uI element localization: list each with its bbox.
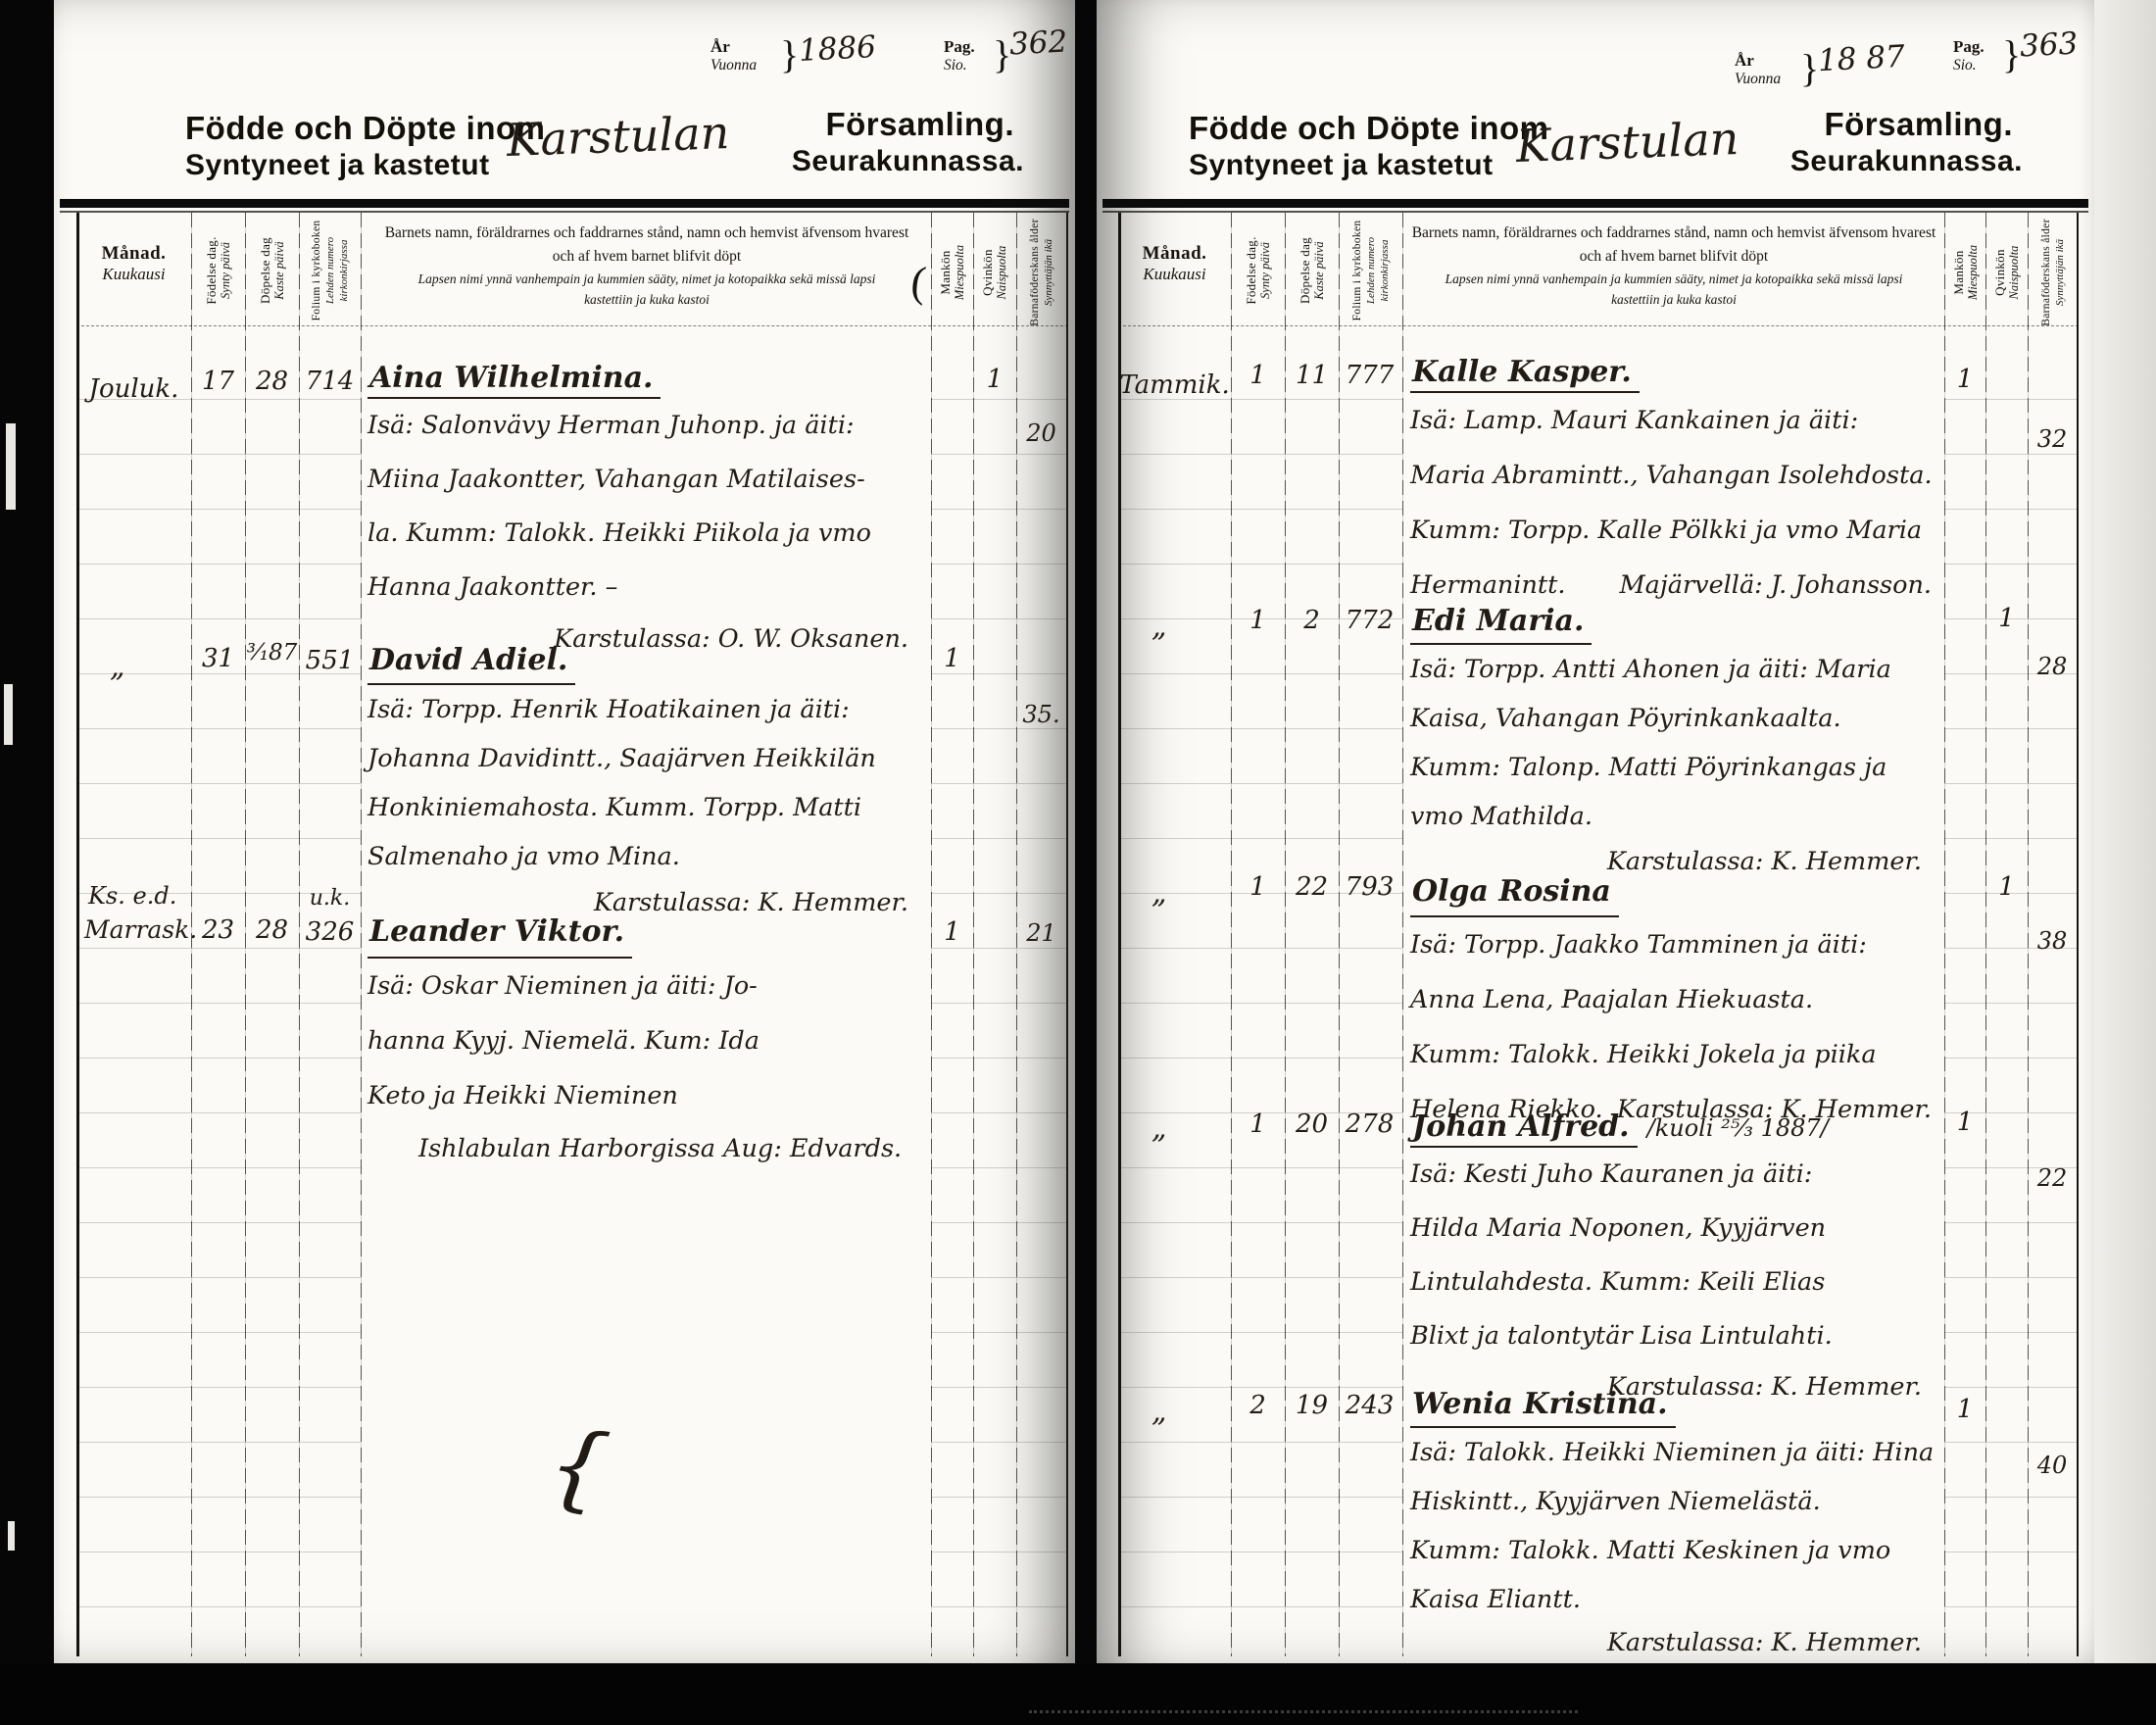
mother-age: 38 <box>2028 927 2077 955</box>
record-line: Isä: Kesti Juho Kauranen ja äiti: <box>1410 1148 1937 1202</box>
record-line: Anna Lena, Paajalan Hiekuasta. <box>1410 972 1937 1027</box>
record-line: Lintulahdesta. Kumm: Keili Elias <box>1410 1256 1937 1309</box>
entry-body: Isä: Talokk. Heikki Nieminen ja äiti: Hi… <box>1410 1428 1937 1624</box>
main-header-fi1: Lapsen nimi ynnä vanhempain ja kummien s… <box>1408 269 1939 289</box>
entry-folio: 793 <box>1339 872 1400 902</box>
record-line: Isä: Lamp. Mauri Kankainen ja äiti: <box>1410 393 1937 448</box>
male-header-fi: Miespuolta <box>1966 245 1980 300</box>
entry-text: Kalle Kasper. Isä: Lamp. Mauri Kankainen… <box>1410 343 1937 613</box>
record-line: Maria Abramintt., Vahangan Isolehdosta. <box>1410 448 1937 503</box>
entry-folio: 777 <box>1339 361 1400 390</box>
mother-age: 32 <box>2028 425 2077 453</box>
female-header-fi: Naispuolta <box>995 246 1008 300</box>
record-line: hanna Kyyj. Niemelä. Kum: Ida <box>367 1013 924 1068</box>
record-line: Isä: Torpp. Henrik Hoatikainen ja äiti: <box>367 685 924 734</box>
male-header-sv: Mankön <box>1952 250 1966 294</box>
month-header-sv: Månad. <box>76 243 191 265</box>
entry-birth-day: 2 <box>1231 1391 1285 1420</box>
child-name: Leander Viktor. <box>367 910 632 959</box>
month-header-fi: Kuukausi <box>76 265 191 284</box>
record-line: Isä: Torpp. Jaakko Tamminen ja äiti: <box>1410 917 1937 972</box>
mother-age: 28 <box>2028 653 2077 680</box>
age-header-fi: Synnyttäjän ikä <box>2053 239 2067 306</box>
parish-name-handwritten: Karstulan <box>1515 112 1739 172</box>
entry-month: Tammik. <box>1118 370 1231 400</box>
main-header-fi2: kastettiin ja kuka kastoi <box>367 289 926 310</box>
folio-header-fi1: Lehden numero <box>1364 237 1378 304</box>
birth-header-fi: Synty päivä <box>219 242 232 299</box>
female-header-sv: Qvinkön <box>981 249 995 296</box>
mother-age: 21 <box>1016 919 1066 947</box>
year-label-sv: År <box>1735 51 1781 70</box>
female-mark: 1 <box>1985 872 2028 902</box>
entry-birth-day: 17 <box>191 367 245 396</box>
entry-baptism-day: 28 <box>245 915 299 945</box>
child-name-row: Leander Viktor. <box>367 882 924 959</box>
record-line: Keto ja Heikki Nieminen <box>367 1068 924 1123</box>
month-header-fi: Kuukausi <box>1118 265 1231 284</box>
scan-noise-dots <box>1029 1710 1578 1713</box>
column-header-month: Månad. Kuukausi <box>76 243 191 284</box>
ink-flourish: { <box>542 1409 615 1524</box>
record-line: Miina Jaakontter, Vahangan Matilaises- <box>367 453 924 507</box>
record-line: Hilda Maria Noponen, Kyyjärven <box>1410 1202 1937 1256</box>
entry-baptism-day: 20 <box>1285 1109 1339 1139</box>
register-scan: År Vuonna } 1886 Pag. Sio. } 362 Födde o… <box>0 0 2156 1725</box>
year-brace: } <box>780 31 799 77</box>
entry-folio-note: u.k. <box>299 886 361 911</box>
male-header-sv: Mankön <box>939 250 953 294</box>
record-line: Kaisa, Vahangan Pöyrinkankaalta. <box>1410 694 1937 743</box>
child-name-row: Olga Rosina <box>1410 861 1937 917</box>
column-line <box>1402 213 1403 1656</box>
male-mark: 1 <box>1944 365 1985 394</box>
bapt-header-fi: Kaste päivä <box>1312 241 1326 299</box>
death-note: /kuoli ²⁵⁄₃ 1887/ <box>1638 1114 1829 1142</box>
header-rule <box>60 199 1069 208</box>
record-line: Kumm: Talonp. Matti Pöyrinkangas ja <box>1410 743 1937 792</box>
child-name: Wenia Kristina. <box>1410 1385 1676 1428</box>
row-guides-right-cols <box>931 345 1066 1656</box>
column-header-baptism-day: Döpelse dag Kaste päivä <box>1287 213 1338 328</box>
main-header-sv2: och af hvem barnet blifvit döpt <box>367 245 926 269</box>
record-line: Salmenaho ja vmo Mina. <box>367 832 924 881</box>
child-name-row: Aina Wilhelmina. <box>367 349 924 399</box>
entry-baptism-day: 28 <box>245 367 299 396</box>
child-name: Kalle Kasper. <box>1410 355 1640 393</box>
scan-speck <box>6 423 16 510</box>
entry-month: Jouluk. <box>76 374 191 404</box>
header-rule <box>1102 199 2088 208</box>
entry-body: Isä: Salonvävy Herman Juhonp. ja äiti: M… <box>367 399 924 615</box>
column-header-female: Qvinkön Naispuolta <box>1982 215 2033 330</box>
main-header-sv1: Barnets namn, föräldrarnes och faddrarne… <box>367 222 926 245</box>
scan-speck <box>4 684 13 745</box>
child-name: Aina Wilhelmina. <box>367 361 661 399</box>
year-brace: } <box>1800 45 1819 91</box>
entry-text: Leander Viktor. Isä: Oskar Nieminen ja ä… <box>367 882 924 1174</box>
record-line: Isä: Torpp. Antti Ahonen ja äiti: Maria <box>1410 645 1937 694</box>
entry-birth-day: 1 <box>1231 872 1285 902</box>
row-guides-left-cols <box>1120 345 1402 1656</box>
record-line: Hanna Jaakontter. – <box>367 561 924 615</box>
page-number-value: 362 <box>1008 24 1068 62</box>
entry-folio: 326 <box>299 917 361 947</box>
entry-text: Wenia Kristina. Isä: Talokk. Heikki Niem… <box>1410 1377 1937 1661</box>
pag-label-fi: Sio. <box>944 56 975 74</box>
right-page: År Vuonna } 18 87 Pag. Sio. } 363 Födde … <box>1097 0 2094 1663</box>
entry-folio: 714 <box>299 367 361 396</box>
record-line: la. Kumm: Talokk. Heikki Piikola ja vmo <box>367 507 924 561</box>
male-mark: 1 <box>1944 1108 1985 1137</box>
record-line: Hiskintt., Kyyjärven Niemelästä. <box>1410 1477 1937 1526</box>
table-border-right <box>1066 213 1068 1656</box>
entry-birth-day: 23 <box>191 915 245 945</box>
child-name: David Adiel. <box>367 640 575 685</box>
page-title-fi: Syntyneet ja kastetut <box>185 149 490 182</box>
month-header-sv: Månad. <box>1118 243 1231 265</box>
year-value: 18 87 <box>1817 39 1906 79</box>
table-border-right <box>2077 213 2079 1656</box>
left-page: År Vuonna } 1886 Pag. Sio. } 362 Födde o… <box>54 0 1075 1663</box>
age-header-sv: Barnaföderskans ålder <box>1028 219 1042 325</box>
child-name: Johan Alfred. <box>1410 1109 1638 1148</box>
column-header-main: Barnets namn, föräldrarnes och faddrarne… <box>1408 222 1939 310</box>
folio-header-fi2: kirkonkirjassa <box>1378 240 1392 302</box>
main-header-fi1: Lapsen nimi ynnä vanhempain ja kummien s… <box>367 269 926 289</box>
main-header-fi2: kastettiin ja kuka kastoi <box>1408 289 1939 310</box>
page-title-right-fi: Seurakunnassa. <box>740 145 1024 178</box>
column-line <box>361 213 362 1656</box>
entry-body: Isä: Lamp. Mauri Kankainen ja äiti: Mari… <box>1410 393 1937 613</box>
page-title-right-fi: Seurakunnassa. <box>1734 145 2023 178</box>
main-header-sv2: och af hvem barnet blifvit döpt <box>1408 245 1939 269</box>
entry-baptism-day: 11 <box>1285 361 1339 390</box>
page-title-sv: Födde och Döpte inom <box>185 110 545 147</box>
main-header-sv1: Barnets namn, föräldrarnes och faddrarne… <box>1408 222 1939 245</box>
column-header-main: Barnets namn, föräldrarnes och faddrarne… <box>367 222 926 310</box>
folio-header-sv: Folium i kyrkoboken <box>310 221 323 321</box>
entry-birth-day: 1 <box>1231 1109 1285 1139</box>
child-name: Edi Maria. <box>1410 602 1592 645</box>
mother-age: 20 <box>1016 419 1066 447</box>
row-guides-left-cols <box>78 345 361 1656</box>
mother-age: 22 <box>2028 1164 2077 1192</box>
pag-label-sv: Pag. <box>944 37 975 56</box>
bapt-header-sv: Döpelse dag <box>259 237 272 304</box>
folio-header-fi2: kirkonkirjassa <box>337 240 351 302</box>
page-number-value: 363 <box>2019 25 2079 64</box>
child-name-row: Wenia Kristina. <box>1410 1377 1937 1428</box>
birth-header-sv: Födelse dag. <box>205 236 219 304</box>
year-label-fi: Vuonna <box>710 56 757 74</box>
page-title-right-sv: Församling. <box>1734 106 2013 143</box>
female-header-fi: Naispuolta <box>2007 246 2021 300</box>
folio-header-sv: Folium i kyrkoboken <box>1350 221 1364 321</box>
record-line: Kumm: Torpp. Kalle Pölkki ja vmo Maria <box>1410 503 1937 558</box>
age-header-sv: Barnaföderskans ålder <box>2039 219 2053 325</box>
birth-header-fi: Synty päivä <box>1258 242 1272 299</box>
entry-month-note: Ks. e.d. <box>76 882 203 910</box>
entry-month: Marrask. <box>76 915 199 944</box>
record-line: Isä: Salonvävy Herman Juhonp. ja äiti: <box>367 399 924 453</box>
child-name-row: Johan Alfred./kuoli ²⁵⁄₃ 1887/ <box>1410 1098 1937 1148</box>
entry-birth-day: 1 <box>1231 361 1285 390</box>
entry-baptism-day: ³⁄₁87 <box>245 640 299 665</box>
year-label: År Vuonna <box>710 37 757 74</box>
column-header-mother-age: Barnaföderskans ålder Synnyttäjän ikä <box>1016 215 1067 330</box>
mother-age: 40 <box>2028 1452 2077 1479</box>
entry-body: Isä: Torpp. Henrik Hoatikainen ja äiti: … <box>367 685 924 881</box>
child-name-row: Kalle Kasper. <box>1410 343 1937 393</box>
scan-bottom-band <box>0 1663 2156 1725</box>
year-label: År Vuonna <box>1735 51 1781 88</box>
parish-name-handwritten: Karstulan <box>506 106 730 167</box>
pag-label-fi: Sio. <box>1953 56 1984 74</box>
mother-age: 35. <box>1016 701 1066 728</box>
child-name-row: David Adiel. <box>367 632 924 685</box>
entry-birth-day: 31 <box>191 644 245 673</box>
birth-header-sv: Födelse dag. <box>1245 236 1258 304</box>
scan-speck <box>8 1521 15 1551</box>
female-header-sv: Qvinkön <box>1993 249 2007 296</box>
page-number-label: Pag. Sio. <box>944 37 975 74</box>
male-mark: 1 <box>931 917 973 947</box>
male-header-fi: Miespuolta <box>953 245 966 300</box>
column-header-baptism-day: Döpelse dag Kaste päivä <box>247 213 298 328</box>
year-label-sv: År <box>710 37 757 56</box>
baptism-signoff: Ishlabulan Harborgissa Aug: Edvards. <box>367 1123 924 1174</box>
scanner-edge-strip <box>2094 0 2156 1663</box>
page-title-right-sv: Församling. <box>740 106 1014 143</box>
entry-body: Isä: Kesti Juho Kauranen ja äiti: Hilda … <box>1410 1148 1937 1363</box>
record-line: Blixt ja talontytär Lisa Lintulahti. <box>1410 1309 1937 1363</box>
record-line: Kumm: Talokk. Matti Keskinen ja vmo <box>1410 1526 1937 1575</box>
column-header-folio: Folium i kyrkoboken Lehden numero kirkon… <box>305 213 356 328</box>
record-line: vmo Mathilda. <box>1410 792 1937 841</box>
entry-baptism-day: 22 <box>1285 872 1339 902</box>
entry-text: Johan Alfred./kuoli ²⁵⁄₃ 1887/ Isä: Kest… <box>1410 1098 1937 1410</box>
record-line: Johanna Davidintt., Saajärven Heikkilän <box>367 734 924 783</box>
year-label-fi: Vuonna <box>1735 70 1781 88</box>
column-header-mother-age: Barnaföderskans ålder Synnyttäjän ikä <box>2028 215 2079 330</box>
record-line: Isä: Oskar Nieminen ja äiti: Jo- <box>367 959 924 1013</box>
pag-label-sv: Pag. <box>1953 37 1984 56</box>
female-mark: 1 <box>1985 604 2028 633</box>
entry-baptism-day: 2 <box>1285 606 1339 635</box>
folio-header-fi1: Lehden numero <box>323 237 337 304</box>
record-line: Kaisa Eliantt. <box>1410 1575 1937 1624</box>
entry-body: Isä: Torpp. Antti Ahonen ja äiti: Maria … <box>1410 645 1937 841</box>
entry-text: Olga Rosina Isä: Torpp. Jaakko Tamminen … <box>1410 861 1937 1137</box>
bapt-header-fi: Kaste päivä <box>272 241 286 299</box>
entry-folio: 243 <box>1339 1391 1400 1420</box>
column-header-female: Qvinkön Naispuolta <box>969 215 1020 330</box>
column-header-folio: Folium i kyrkoboken Lehden numero kirkon… <box>1346 213 1396 328</box>
entry-text: Aina Wilhelmina. Isä: Salonvävy Herman J… <box>367 349 924 664</box>
child-name: Olga Rosina <box>1410 870 1619 917</box>
entry-folio: 278 <box>1339 1109 1400 1139</box>
column-header-birth-day: Födelse dag. Synty päivä <box>1233 213 1284 328</box>
entry-folio: 551 <box>299 646 361 675</box>
entry-baptism-day: 19 <box>1285 1391 1339 1420</box>
child-name-row: Edi Maria. <box>1410 596 1937 645</box>
baptism-signoff: Karstulassa: K. Hemmer. <box>1410 1624 1937 1661</box>
pag-brace: } <box>2002 31 2021 77</box>
age-header-fi: Synnyttäjän ikä <box>1042 239 1055 306</box>
page-title-sv: Födde och Döpte inom <box>1189 110 1548 147</box>
entry-folio: 772 <box>1339 606 1400 635</box>
bapt-header-sv: Döpelse dag <box>1298 237 1312 304</box>
page-number-label: Pag. Sio. <box>1953 37 1984 74</box>
entry-text: David Adiel. Isä: Torpp. Henrik Hoatikai… <box>367 632 924 924</box>
female-mark: 1 <box>973 365 1016 394</box>
record-line: Kumm: Talokk. Heikki Jokela ja piika <box>1410 1027 1937 1082</box>
male-mark: 1 <box>1944 1395 1985 1424</box>
male-mark: 1 <box>931 644 973 673</box>
entry-birth-day: 1 <box>1231 606 1285 635</box>
column-header-month: Månad. Kuukausi <box>1118 243 1231 284</box>
column-header-birth-day: Födelse dag. Synty päivä <box>193 213 244 328</box>
entry-text: Edi Maria. Isä: Torpp. Antti Ahonen ja ä… <box>1410 596 1937 882</box>
page-title-fi: Syntyneet ja kastetut <box>1189 149 1494 182</box>
year-value: 1886 <box>798 29 877 69</box>
entry-body: Isä: Oskar Nieminen ja äiti: Jo- hanna K… <box>367 959 924 1123</box>
record-line: Isä: Talokk. Heikki Nieminen ja äiti: Hi… <box>1410 1428 1937 1477</box>
record-line: Honkiniemahosta. Kumm. Torpp. Matti <box>367 783 924 832</box>
